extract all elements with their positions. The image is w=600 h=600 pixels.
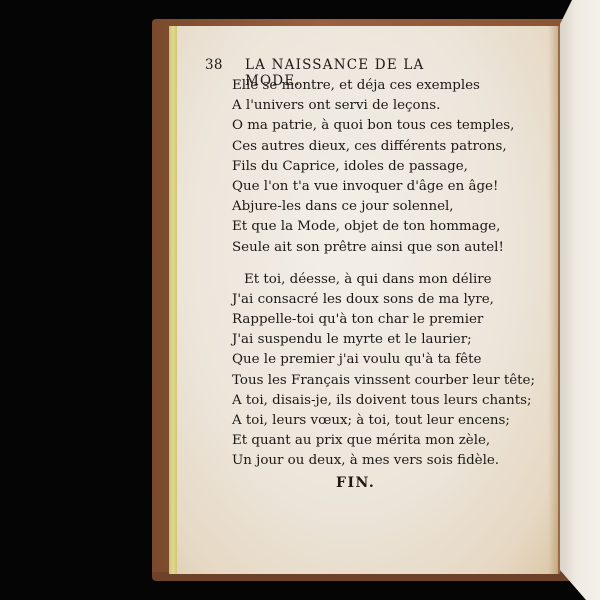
poem-line: Rappelle-toi qu'à ton char le premier — [232, 310, 532, 330]
stanza-break — [232, 258, 532, 270]
poem-line: O ma patrie, à quoi bon tous ces temples… — [232, 116, 532, 136]
poem-line: Que l'on t'a vue invoquer d'âge en âge! — [232, 177, 532, 197]
poem-line: A l'univers ont servi de leçons. — [232, 96, 532, 116]
poem-line: Elle se montre, et déja ces exemples — [232, 76, 532, 96]
facing-page — [560, 0, 600, 600]
poem-line: Tous les Français vinssent courber leur … — [232, 371, 532, 391]
poem-line: Seule ait son prêtre ainsi que son autel… — [232, 238, 532, 258]
poem-line: Fils du Caprice, idoles de passage, — [232, 157, 532, 177]
page-number: 38 — [205, 57, 223, 73]
page-header: 38 LA NAISSANCE DE LA MODE. — [205, 57, 485, 73]
poem-line: Abjure-les dans ce jour solennel, — [232, 197, 532, 217]
poem-line: Et quant au prix que mérita mon zèle, — [232, 431, 532, 451]
poem-line: Ces autres dieux, ces différents patrons… — [232, 137, 532, 157]
poem-line: A toi, leurs vœux; à toi, tout leur ence… — [232, 411, 532, 431]
gutter-strip — [169, 26, 177, 574]
end-mark: FIN. — [336, 475, 375, 491]
poem-line: J'ai suspendu le myrte et le laurier; — [232, 330, 532, 350]
poem-line: J'ai consacré les doux sons de ma lyre, — [232, 290, 532, 310]
page-edge-shadow — [548, 26, 560, 574]
poem-line: Et toi, déesse, à qui dans mon délire — [232, 270, 532, 290]
poem-line: Un jour ou deux, à mes vers sois fidèle. — [232, 451, 532, 471]
poem-line: Et que la Mode, objet de ton hommage, — [232, 217, 532, 237]
poem-text: Elle se montre, et déja ces exemples A l… — [232, 76, 532, 472]
poem-line: A toi, disais-je, ils doivent tous leurs… — [232, 391, 532, 411]
poem-line: Que le premier j'ai voulu qu'à ta fête — [232, 350, 532, 370]
